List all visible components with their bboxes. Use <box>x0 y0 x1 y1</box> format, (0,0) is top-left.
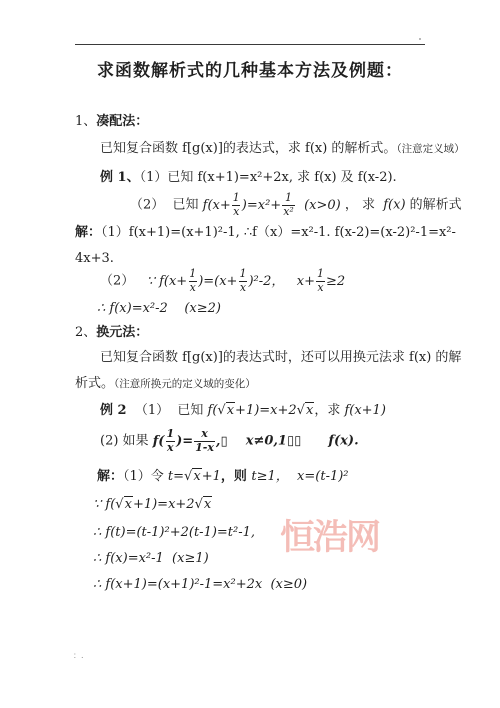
solution2-substitution: t=√x+1 <box>168 468 221 484</box>
method2-number: 2、 <box>75 325 96 340</box>
method1-example1-part1: 例 1、（1）已知 f(x+1)=x²+2x, 求 f(x) 及 f(x-2). <box>100 169 397 188</box>
example1-part2-fx: f(x) <box>383 198 405 213</box>
example1-part2-post: 的解析式 <box>406 198 462 213</box>
method1-intro-text: 已知复合函数 f[g(x)]的表达式，求 f(x) 的解析式。 <box>100 141 396 156</box>
example1-part1-text: （1）已知 f(x+1)=x²+2x, 求 f(x) 及 f(x-2). <box>140 170 397 185</box>
header-rule <box>75 44 425 45</box>
method2-intro-line1: 已知复合函数 f[g(x)]的表达式时，还可以用换元法求 f(x) 的解 <box>100 349 461 368</box>
example1-part2-mid: ， 求 <box>341 198 384 213</box>
method1-name: 凑配法： <box>96 114 148 129</box>
method2-solution-line3: ∴ f(t)=(t-1)²+2(t-1)=t²-1, <box>93 524 255 543</box>
example2-part1-mid: ，求 <box>314 403 344 418</box>
example2-part2-equation: f(1x)=x1-x,▯ <box>153 434 228 449</box>
solution1-text: （1）f(x+1)=(x+1)²-1, ∴f（x）=x²-1. f(x-2)=(… <box>101 225 456 240</box>
method2-solution-line5: ∴ f(x+1)=(x+1)²-1=x²+2x (x≥0) <box>93 576 307 595</box>
solution2-domain: t≥1， x=(t-1)² <box>251 469 348 484</box>
solution1-result: ∴ f(x)=x²-2 (x≥2) <box>97 301 221 316</box>
example1-label: 例 1、 <box>100 170 140 185</box>
method2-intro-text1: 已知复合函数 f[g(x)]的表达式时，还可以用换元法求 f(x) 的解 <box>100 350 461 365</box>
example1-part2-pre: （2） 已知 <box>130 198 203 213</box>
method1-number: 1、 <box>75 114 96 129</box>
solution1-part2-label: （2） <box>100 274 147 289</box>
solution2-label: 解： <box>97 469 123 484</box>
example2-part2-condition: x≠0,1▯▯ f(x). <box>228 434 359 449</box>
solution1-label: 解： <box>75 225 101 240</box>
example2-part1-equation: f(√x+1)=x+2√x <box>208 402 315 418</box>
example2-label: 例 2 <box>100 403 127 418</box>
solution1-part2-equation: ∵ f(x+1x)=(x+1x)²-2， x+1x≥2 <box>147 274 346 289</box>
document-page: 求函数解析式的几种基本方法及例题： 1、凑配法： 已知复合函数 f[g(x)]的… <box>0 0 500 708</box>
example2-part1-fx: f(x+1) <box>344 403 385 418</box>
method2-heading: 2、换元法： <box>75 324 148 343</box>
example1-part2-equation: f(x+1x)=x²+1x² (x>0) <box>203 198 341 213</box>
method1-solution-line3: （2） ∵ f(x+1x)=(x+1x)²-2， x+1x≥2 <box>100 268 345 294</box>
method1-intro: 已知复合函数 f[g(x)]的表达式，求 f(x) 的解析式。（注意定义域） <box>100 140 465 159</box>
method2-intro-note: （注意所换元的定义域的变化） <box>114 378 256 390</box>
method2-solution-line4: ∴ f(x)=x²-1 (x≥1) <box>93 550 209 569</box>
solution2-step-text2: ，则 <box>221 469 252 484</box>
solution2-fx: ∴ f(x)=x²-1 (x≥1) <box>93 551 209 566</box>
solution1-continued: 4x+3. <box>75 251 114 266</box>
method2-solution-line1: 解：（1）令 t=√x+1，则 t≥1， x=(t-1)² <box>97 468 349 487</box>
method1-solution-line2: 4x+3. <box>75 250 114 269</box>
example2-part1-pre: （1） 已知 <box>127 403 208 418</box>
method1-solution-line1: 解：（1）f(x+1)=(x+1)²-1, ∴f（x）=x²-1. f(x-2)… <box>75 224 456 243</box>
method1-solution-line4: ∴ f(x)=x²-2 (x≥2) <box>97 300 221 319</box>
artifact-dot <box>419 38 421 40</box>
method1-example1-part2: （2） 已知 f(x+1x)=x²+1x² (x>0) ， 求 f(x) 的解析… <box>130 192 462 218</box>
solution2-fx1: ∴ f(x+1)=(x+1)²-1=x²+2x (x≥0) <box>93 577 307 592</box>
solution2-because: ∵ f(√x+1)=x+2√x <box>93 496 212 512</box>
method2-intro-text2: 析式。 <box>75 376 114 391</box>
solution2-ft: ∴ f(t)=(t-1)²+2(t-1)=t²-1, <box>93 525 255 540</box>
example2-part2-pre: (2) 如果 <box>100 434 153 449</box>
method2-example2-part1: 例 2 （1） 已知 f(√x+1)=x+2√x，求 f(x+1) <box>100 402 386 421</box>
page-title: 求函数解析式的几种基本方法及例题： <box>0 56 500 81</box>
solution2-step-text1: （1）令 <box>123 469 168 484</box>
method1-intro-note: （注意定义域） <box>396 143 464 155</box>
method2-example2-part2: (2) 如果 f(1x)=x1-x,▯ x≠0,1▯▯ f(x). <box>100 428 359 454</box>
method2-intro-line2: 析式。（注意所换元的定义域的变化） <box>75 375 256 394</box>
method1-heading: 1、凑配法： <box>75 113 148 132</box>
method2-name: 换元法： <box>96 325 148 340</box>
page-footer-mark: ：. <box>73 650 84 661</box>
watermark: 恒浩网 <box>280 510 379 560</box>
method2-solution-line2: ∵ f(√x+1)=x+2√x <box>93 496 212 515</box>
